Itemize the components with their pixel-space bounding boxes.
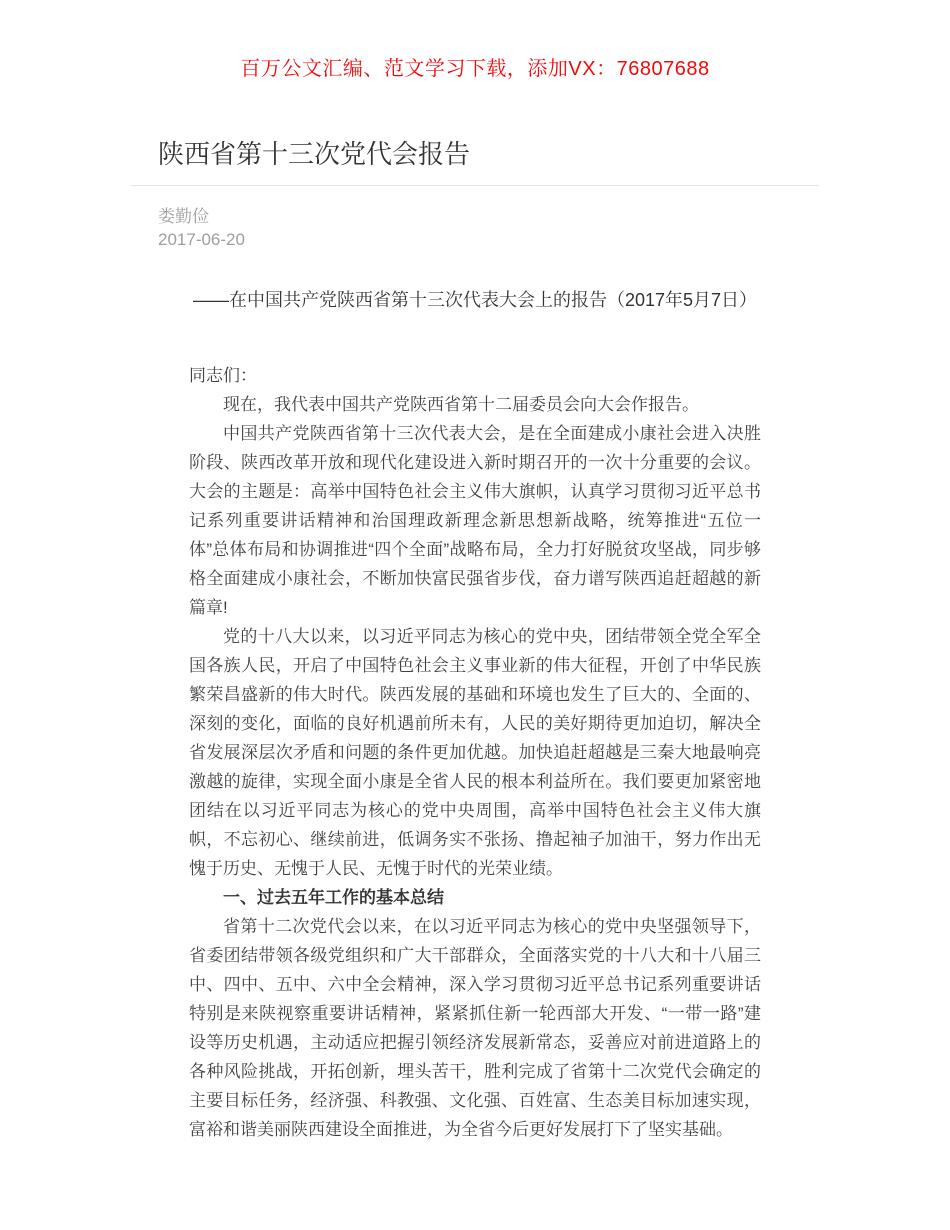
publish-date: 2017-06-20 [158,228,819,251]
article-body: 同志们： 现在，我代表中国共产党陕西省第十二届委员会向大会作报告。 中国共产党陕… [189,361,761,1144]
paragraph-salutation: 同志们： [189,361,761,390]
report-subtitle: ——在中国共产党陕西省第十三次代表大会上的报告（2017年5月7日） [131,288,819,313]
author-name: 娄勤俭 [158,205,819,228]
section-heading: 一、过去五年工作的基本总结 [189,883,761,912]
paragraph: 党的十八大以来，以习近平同志为核心的党中央，团结带领全党全军全国各族人民，开启了… [189,622,761,883]
paragraph: 省第十二次党代会以来，在以习近平同志为核心的党中央坚强领导下，省委团结带领各级党… [189,912,761,1144]
paragraph: 中国共产党陕西省第十三次代表大会，是在全面建成小康社会进入决胜阶段、陕西改革开放… [189,419,761,622]
paragraph: 现在，我代表中国共产党陕西省第十二届委员会向大会作报告。 [189,390,761,419]
title-divider [131,185,819,186]
promo-banner: 百万公文汇编、范文学习下载，添加VX：76807688 [0,0,950,82]
article-meta: 娄勤俭 2017-06-20 [158,205,819,251]
page-title: 陕西省第十三次党代会报告 [158,136,819,172]
article-container: 陕西省第十三次党代会报告 娄勤俭 2017-06-20 ——在中国共产党陕西省第… [131,136,819,1144]
document-page: 百万公文汇编、范文学习下载，添加VX：76807688 陕西省第十三次党代会报告… [0,0,950,1144]
